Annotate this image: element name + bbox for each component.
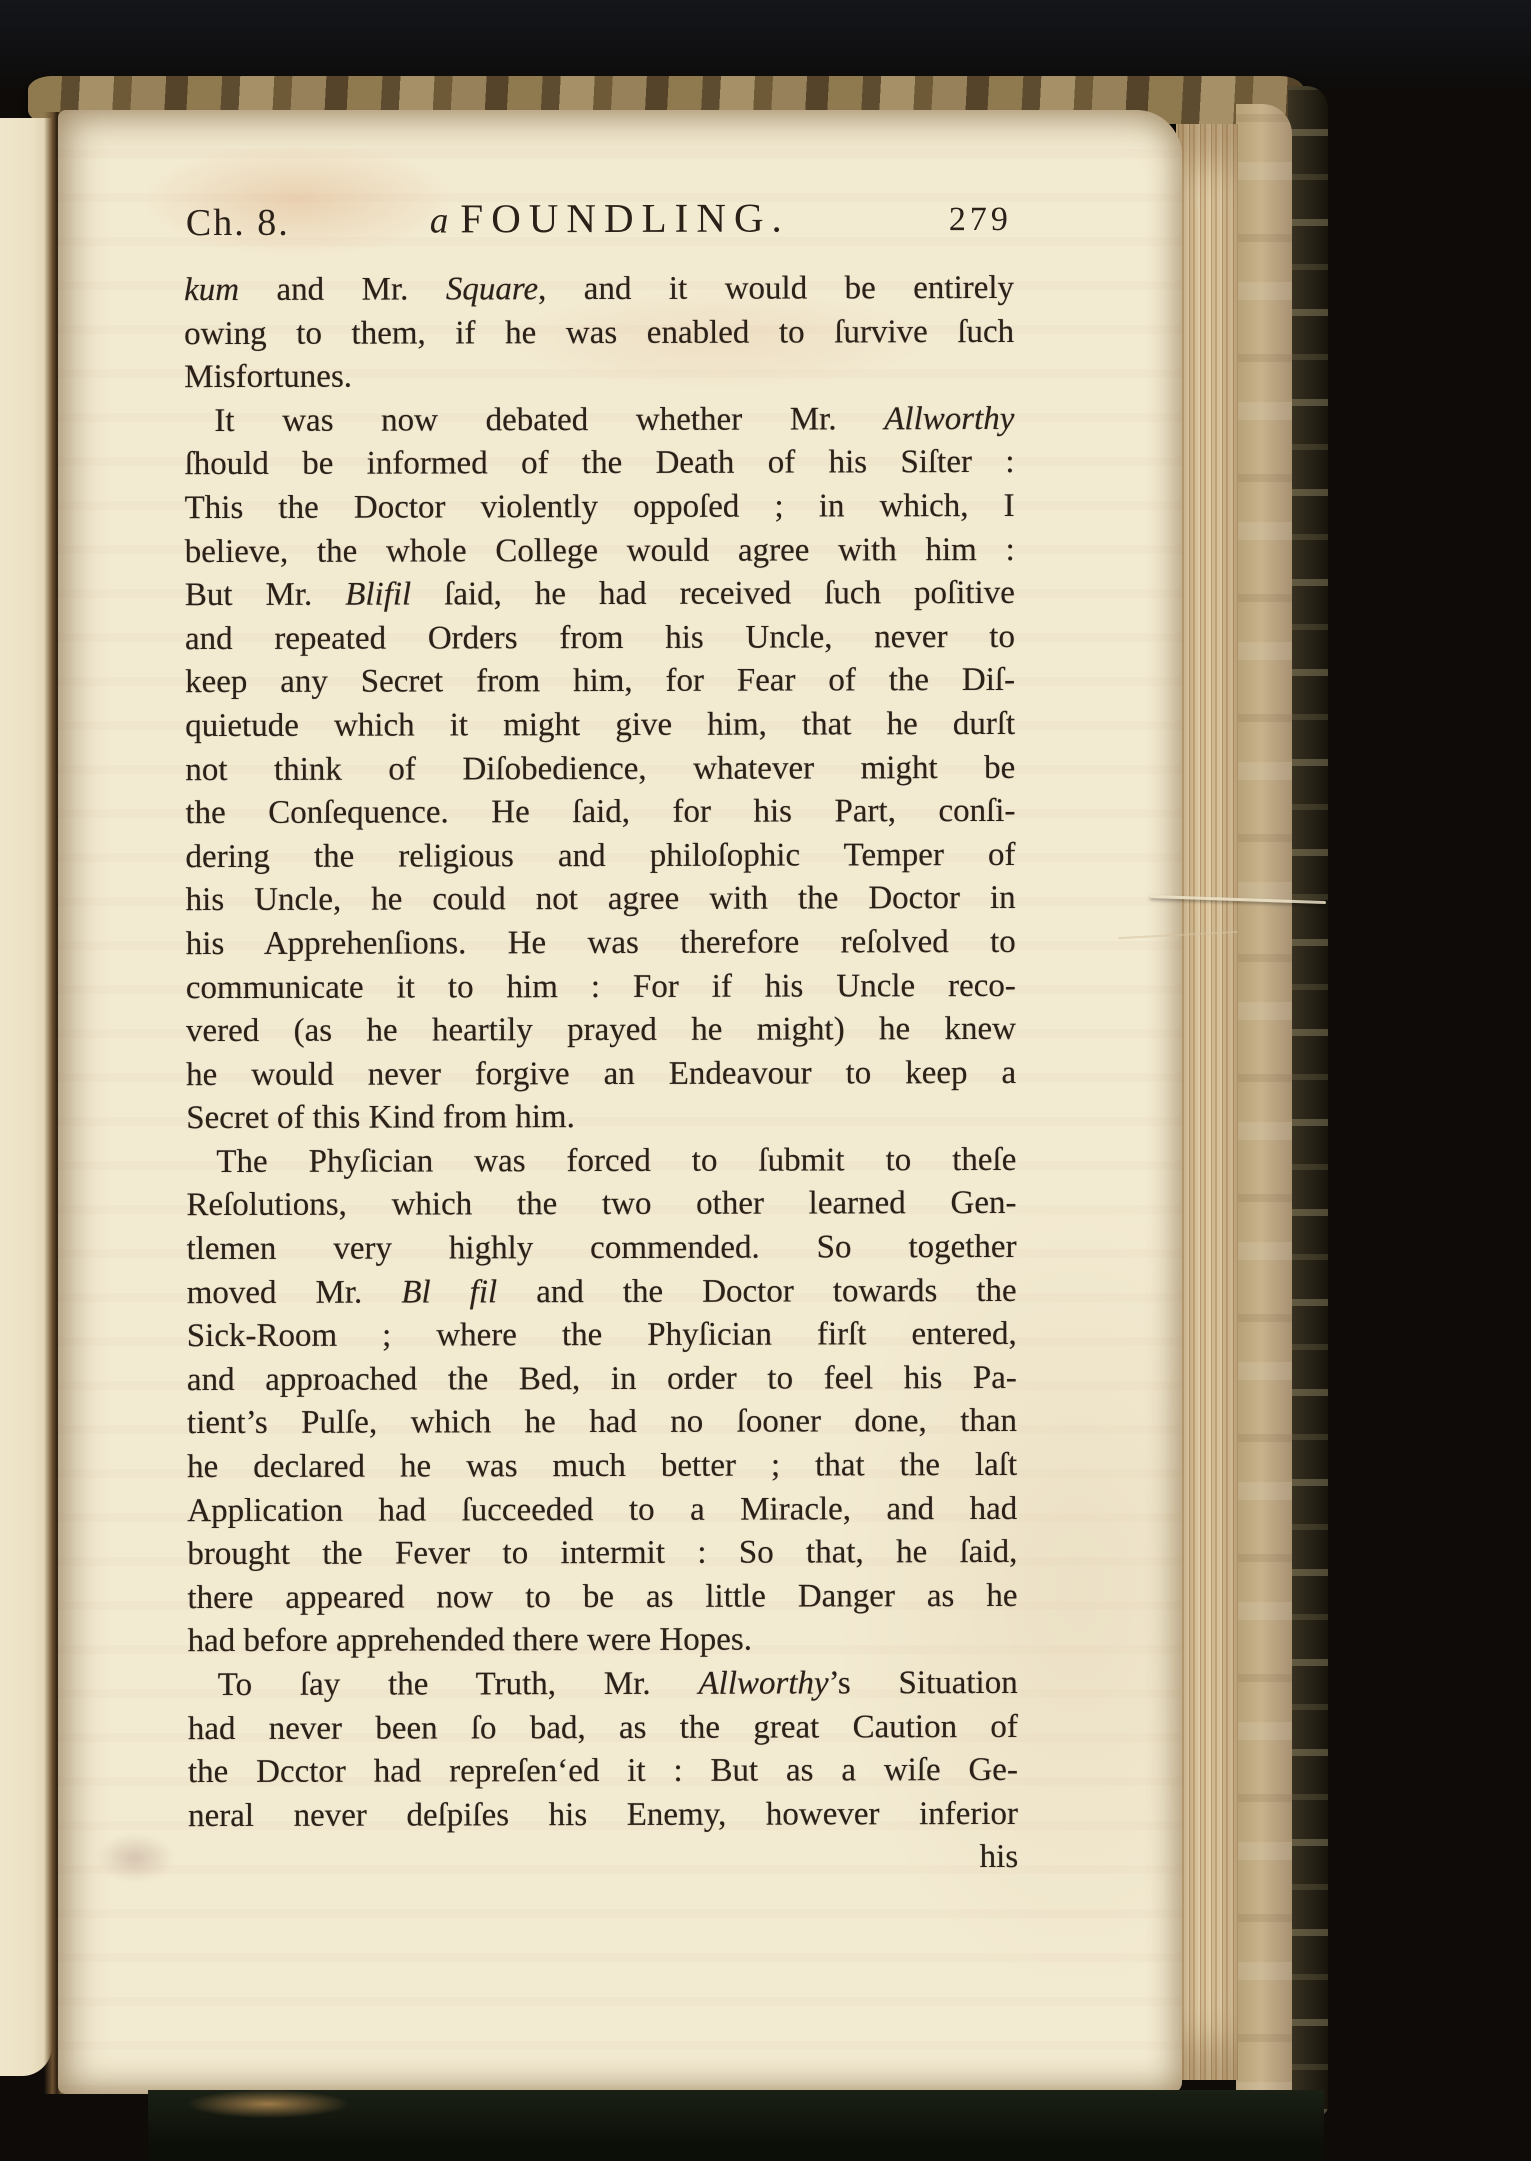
page-number: 279 — [949, 201, 1012, 239]
text-line: had before apprehended there were Hopes. — [188, 1618, 1018, 1664]
page-block-edge — [1236, 104, 1292, 2100]
text-line: moved Mr. Bl fil and the Doctor towards … — [187, 1270, 1017, 1316]
text-line: Application had ſucceeded to a Miracle, … — [187, 1488, 1017, 1534]
book-photo-scene: Ch. 8. aFOUNDLING. 279 kum and Mr. Squar… — [0, 0, 1531, 2161]
text-line: and approached the Bed, in order to feel… — [187, 1357, 1017, 1403]
worn-leather-spot — [188, 2090, 348, 2118]
text-line: vered (as he heartily prayed he might) h… — [186, 1008, 1016, 1054]
paragraph: It was now debated whether Mr. Allworthy… — [184, 398, 1016, 1141]
stacked-page-edges — [1176, 124, 1238, 2080]
text-line: Misfortunes. — [184, 354, 1014, 400]
text-line: tlemen very highly commended. So togethe… — [187, 1226, 1017, 1272]
text-line: kum and Mr. Square, and it would be enti… — [184, 267, 1014, 313]
text-line: brought the Fever to intermit : So that,… — [187, 1531, 1017, 1577]
text-line: communicate it to him : For if his Uncle… — [186, 964, 1016, 1010]
running-head: Ch. 8. aFOUNDLING. 279 — [184, 191, 1014, 251]
text-line: This the Doctor violently oppoſed ; in w… — [185, 485, 1015, 531]
body-text: kum and Mr. Square, and it would be enti… — [184, 267, 1018, 1839]
text-line: quietude which it might give him, that h… — [185, 703, 1015, 749]
text-line: To ſay the Truth, Mr. Allworthy’s Situat… — [188, 1662, 1018, 1708]
text-line: the Dcctor had repreſen‘ed it : But as a… — [188, 1749, 1018, 1795]
text-line: Sick-Room ; where the Phyſician firſt en… — [187, 1313, 1017, 1359]
text-line: his Uncle, he could not agree with the D… — [186, 877, 1016, 923]
text-line: The Phyſician was forced to ſubmit to th… — [186, 1139, 1016, 1185]
text-line: neral never deſpiſes his Enemy, however … — [188, 1793, 1018, 1839]
title-caps: FOUNDLING. — [460, 195, 790, 242]
text-line: ſhould be informed of the Death of his S… — [184, 441, 1014, 487]
paragraph: kum and Mr. Square, and it would be enti… — [184, 267, 1014, 400]
text-line: not think of Diſobedience, whatever migh… — [185, 746, 1015, 792]
text-line: he would never forgive an Endeavour to k… — [186, 1052, 1016, 1098]
paragraph: The Phyſician was forced to ſubmit to th… — [186, 1139, 1017, 1664]
text-line: dering the religious and philoſophic Tem… — [185, 834, 1015, 880]
book-cover-edge — [1288, 86, 1328, 2116]
margin-smudge — [96, 1834, 174, 1882]
text-line: tient’s Pulſe, which he had no ſooner do… — [187, 1400, 1017, 1446]
title-article: a — [430, 200, 449, 241]
page-text-block: Ch. 8. aFOUNDLING. 279 kum and Mr. Squar… — [184, 191, 1018, 1882]
text-line: he declared he was much better ; that th… — [187, 1444, 1017, 1490]
text-line: Secret of this Kind from him. — [186, 1095, 1016, 1141]
page-title: aFOUNDLING. — [430, 194, 790, 243]
text-line: It was now debated whether Mr. Allworthy — [184, 398, 1014, 444]
paragraph: To ſay the Truth, Mr. Allworthy’s Situat… — [188, 1662, 1018, 1839]
text-line: believe, the whole College would agree w… — [185, 528, 1015, 574]
chapter-label: Ch. 8. — [186, 201, 290, 245]
text-line: there appeared now to be as little Dange… — [187, 1575, 1017, 1621]
text-line: and repeated Orders from his Uncle, neve… — [185, 616, 1015, 662]
text-line: owing to them, if he was enabled to ſurv… — [184, 311, 1014, 357]
text-line: Reſolutions, which the two other learned… — [186, 1182, 1016, 1228]
text-line: his Apprehenſions. He was therefore reſo… — [186, 921, 1016, 967]
catchword: his — [188, 1836, 1018, 1882]
text-line: had never been ſo bad, as the great Caut… — [188, 1706, 1018, 1752]
text-line: But Mr. Blifil ſaid, he had received ſuc… — [185, 572, 1015, 618]
text-line: the Conſequence. He ſaid, for his Part, … — [185, 790, 1015, 836]
text-line: keep any Secret from him, for Fear of th… — [185, 659, 1015, 705]
